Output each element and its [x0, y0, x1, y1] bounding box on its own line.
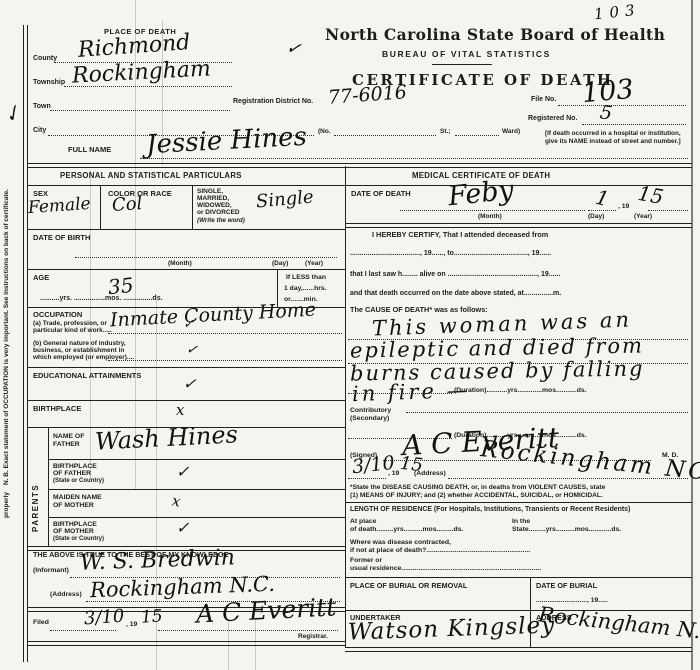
filed-line	[50, 630, 116, 631]
dob-day-label: (Day)	[272, 260, 288, 267]
age-units-line: ..........yrs. ................mos. ....…	[40, 295, 163, 303]
occupation-a-check-mark: ✓	[183, 318, 194, 331]
city-ward-label: Ward)	[502, 128, 520, 135]
informant-label: (Informant)	[33, 567, 69, 575]
margin-note: N. B. Exact statement of OCCUPATION is v…	[3, 95, 10, 485]
contracted-label: Where was disease contracted,	[350, 539, 451, 547]
registrar-line	[158, 630, 338, 631]
township-label: Township	[33, 79, 65, 87]
contributory-line	[406, 412, 688, 413]
personal-heading: PERSONAL AND STATISTICAL PARTICULARS	[60, 172, 242, 181]
certify-statement: I HEREBY CERTIFY, That I attended deceas…	[372, 231, 548, 239]
dob-line	[75, 257, 337, 258]
age-value: 35	[107, 275, 134, 298]
rule	[28, 269, 345, 270]
margin-word: properly	[3, 478, 10, 518]
contributory-label2: (Secondary)	[350, 415, 389, 423]
contributory-label: Contributory	[350, 407, 391, 415]
rule	[48, 459, 345, 460]
registrar-signature: A C Everitt	[195, 594, 336, 626]
occupation-value: Inmate County Home	[110, 301, 317, 331]
age-label: AGE	[33, 274, 49, 283]
parents-divider	[48, 427, 49, 547]
mother-maiden-label: MAIDEN NAME	[53, 494, 102, 502]
city-label: City	[33, 127, 46, 135]
sex-value: Female	[27, 196, 91, 217]
registered-no-line	[582, 124, 686, 125]
color-race-value: Col	[111, 195, 143, 215]
signed-year-printed: , 19	[388, 470, 399, 478]
parents-vertical-label: PARENTS	[31, 448, 40, 532]
marital-note: (Write the word)	[197, 217, 245, 224]
marital-label: or DIVORCED	[197, 209, 240, 216]
father-name-value: Wash Hines	[94, 422, 238, 453]
dod-year-label: (Year)	[634, 213, 652, 220]
former-residence-line: usual residence.........................…	[350, 565, 541, 573]
rule	[28, 229, 345, 230]
father-birthplace-check-mark: ✓	[176, 464, 189, 480]
town-label: Town	[33, 103, 51, 111]
burial-date-label: DATE OF BURIAL	[536, 582, 597, 590]
duration-line-1: (Duration)...........yrs.............mos…	[454, 387, 587, 395]
dod-year-value: 15	[636, 183, 665, 207]
city-no-line	[334, 135, 436, 136]
last-saw-line: that I last saw h........ alive on .....…	[350, 271, 560, 279]
father-birthplace-label: OF FATHER	[53, 470, 91, 478]
certify-fill-line: ...................................., 19…	[350, 250, 551, 258]
city-st-label: St.;	[440, 128, 450, 135]
full-name-line	[140, 158, 688, 159]
marital-value: Single	[255, 189, 314, 212]
rule	[345, 577, 692, 578]
right-bottom-rule	[345, 647, 692, 652]
rule	[345, 502, 692, 503]
dob-year-label: (Year)	[305, 260, 323, 267]
rule	[28, 400, 345, 401]
death-occurred-line: and that death occurred on the date abov…	[350, 290, 561, 298]
violent-causes-footnote: *State the DISEASE CAUSING DEATH, or, in…	[350, 484, 605, 492]
registration-district-value: 77-6016	[327, 83, 407, 107]
mother-birthplace-label: OF MOTHER	[53, 528, 94, 536]
column-divider	[345, 166, 346, 648]
father-name-label: NAME OF	[53, 433, 84, 441]
mother-maiden-label: OF MOTHER	[53, 502, 94, 510]
cell-divider	[192, 186, 193, 229]
signed-address-label: (Address)	[414, 470, 446, 478]
left-bottom-rule	[28, 641, 345, 646]
birthplace-label: BIRTHPLACE	[33, 405, 81, 414]
form-left-border	[27, 25, 28, 662]
age-less-label: 1 day,......hrs.	[284, 285, 327, 293]
education-label: EDUCATIONAL ATTAINMENTS	[33, 372, 141, 381]
corner-page-number: 103	[593, 3, 641, 23]
filed-date-value: 3/10	[83, 608, 125, 629]
residence-heading: LENGTH OF RESIDENCE (For Hospitals, Inst…	[350, 506, 630, 514]
header-rule	[432, 64, 492, 65]
at-place-label: At place	[350, 518, 376, 526]
signed-date-line	[348, 478, 386, 479]
dod-year-printed: , 19	[618, 203, 629, 211]
dod-month-line	[400, 210, 585, 211]
rule	[28, 185, 345, 186]
at-place-line: of death.........yrs..........mos.......…	[350, 526, 463, 534]
bureau-subtitle: BUREAU OF VITAL STATISTICS	[382, 50, 551, 60]
burial-divider	[530, 577, 531, 610]
filed-year-printed: , 19	[126, 621, 137, 629]
undertaker-value: Watson Kingsley	[348, 614, 556, 644]
dod-year-line	[648, 210, 688, 211]
dod-day-label: (Day)	[588, 213, 604, 220]
occupation-b-line	[108, 360, 342, 361]
cell-divider	[100, 186, 101, 229]
informant-address-label: (Address)	[50, 591, 82, 599]
rule	[48, 489, 345, 490]
dod-day-value: 1	[594, 187, 611, 209]
informant-signature: W. S. Bredwin	[80, 547, 236, 574]
board-of-health-title: North Carolina State Board of Health	[325, 26, 665, 44]
death-certificate-scan: N. B. Exact statement of OCCUPATION is v…	[0, 0, 700, 670]
father-name-label: FATHER	[53, 441, 80, 449]
rule	[345, 610, 692, 611]
in-state-line: State.........yrs..........mos..........…	[512, 526, 621, 534]
dod-month-value: Feby	[447, 177, 515, 211]
hospital-note: [If death occurred in a hospital or inst…	[545, 130, 693, 147]
mother-birthplace-check-mark: ✓	[176, 520, 189, 536]
dod-bottom-rule	[345, 223, 692, 228]
burial-place-label: PLACE OF BURIAL OR REMOVAL	[350, 582, 467, 590]
full-name-value: Jessie Hines	[145, 124, 307, 158]
violent-causes-footnote2: (1) MEANS OF INJURY; and (2) whether ACC…	[350, 492, 603, 500]
contracted-line: if not at place of death?...............…	[350, 547, 530, 555]
occupation-b-check-mark: ✓	[185, 342, 199, 357]
former-residence-label: Former or	[350, 557, 382, 565]
mother-maiden-x-mark: x	[171, 493, 182, 509]
age-less-label: If LESS than	[286, 274, 326, 282]
city-no-label: (No.	[318, 128, 331, 135]
occupation-label: OCCUPATION	[33, 311, 82, 320]
occupation-a-label: particular kind of work.....	[33, 327, 112, 334]
rule	[28, 367, 345, 368]
father-birthplace-note: (State or Country)	[53, 478, 104, 485]
city-st-line	[455, 135, 499, 136]
cause-rule-3	[348, 393, 452, 394]
filed-label: Filed	[33, 619, 49, 627]
date-of-death-label: DATE OF DEATH	[351, 190, 411, 199]
registration-district-label: Registration District No.	[233, 98, 313, 106]
rule	[48, 517, 345, 518]
birthplace-x-mark: x	[176, 403, 184, 418]
township-check-mark: ✓	[284, 39, 303, 60]
scan-right-edge	[691, 0, 693, 670]
town-line	[50, 110, 230, 111]
occupation-a-line	[108, 333, 342, 334]
registered-no-value: 5	[599, 103, 614, 123]
date-of-birth-label: DATE OF BIRTH	[33, 234, 90, 243]
education-check-mark: ✓	[182, 375, 197, 392]
township-value: Rockingham	[72, 58, 212, 87]
full-name-label: FULL NAME	[68, 146, 111, 155]
filed-year-value: 15	[140, 608, 163, 626]
registered-no-label: Registered No.	[528, 115, 577, 123]
file-no-label: File No.	[531, 96, 556, 104]
dob-month-label: (Month)	[168, 260, 192, 267]
in-state-label: In the	[512, 518, 530, 526]
registrar-label: Registrar.	[298, 633, 328, 640]
dod-month-label: (Month)	[478, 213, 502, 220]
mother-birthplace-note: (State or Country)	[53, 536, 104, 543]
main-divider	[28, 163, 692, 168]
